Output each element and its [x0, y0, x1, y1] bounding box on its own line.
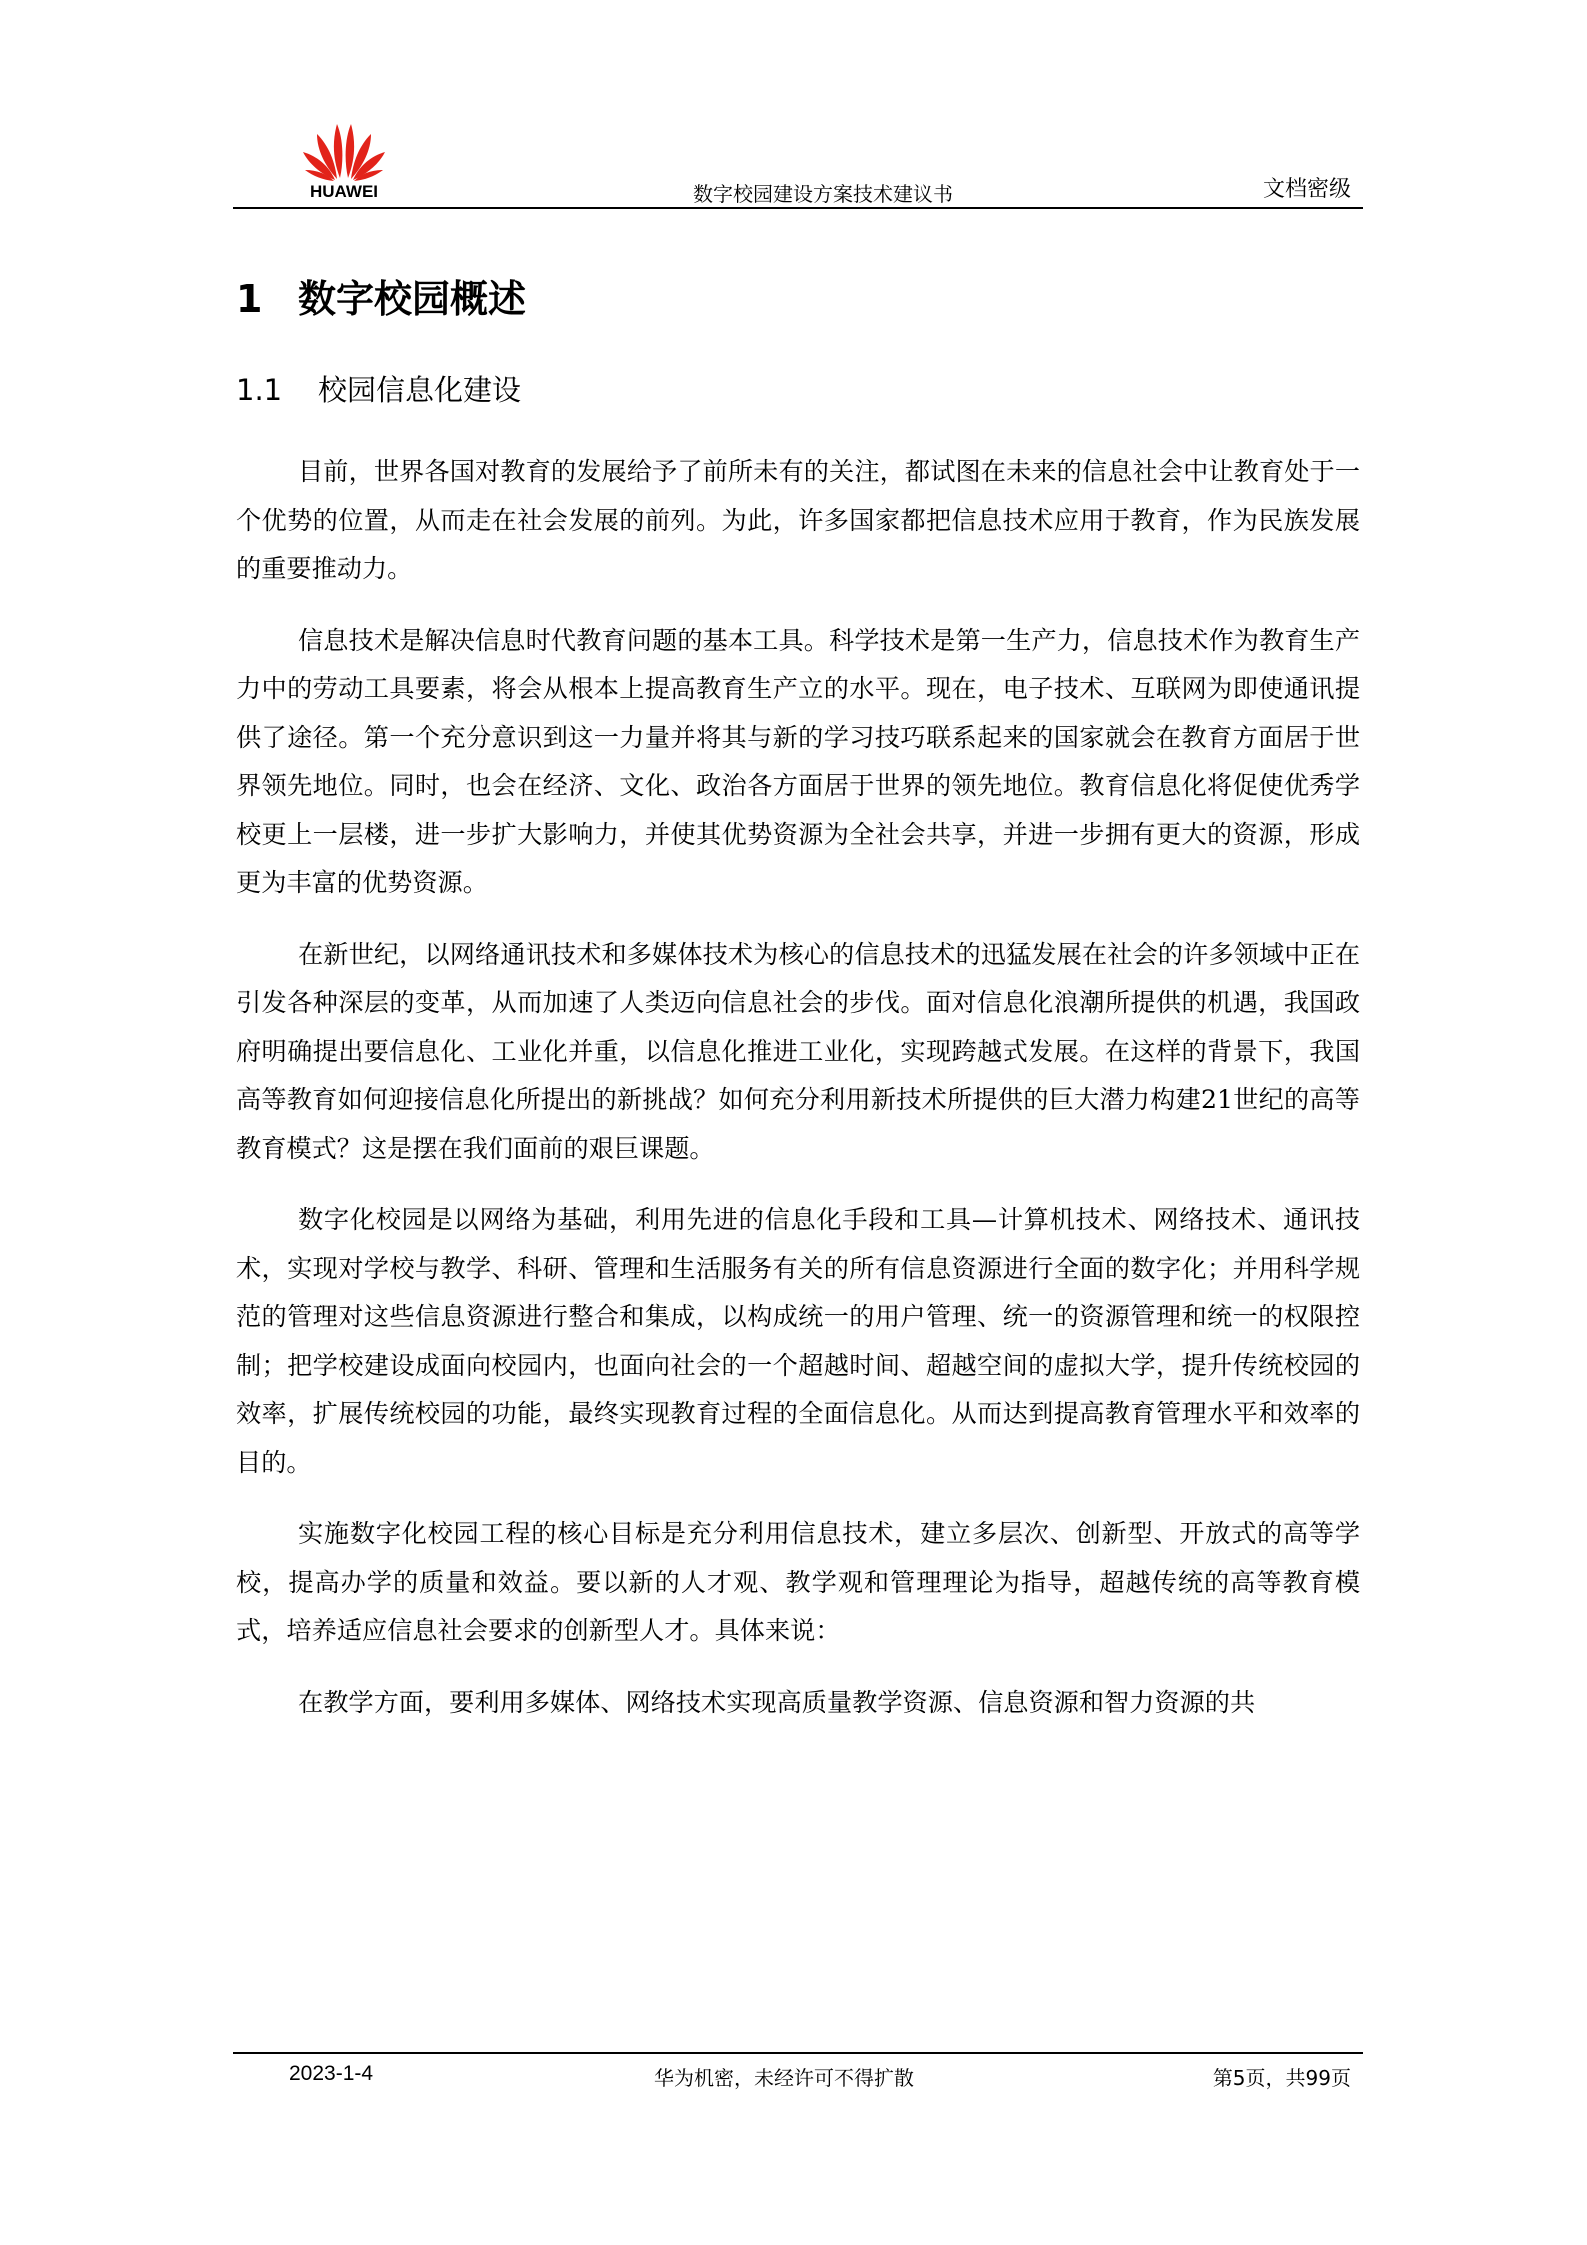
page-header: HUAWEI 数字校园建设方案技术建议书 文档密级	[233, 120, 1363, 210]
body-text: 目前，世界各国对教育的发展给予了前所未有的关注，都试图在未来的信息社会中让教育处…	[236, 448, 1360, 1750]
section-number: 1.1	[236, 373, 318, 407]
paragraph: 实施数字化校园工程的核心目标是充分利用信息技术，建立多层次、创新型、开放式的高等…	[236, 1510, 1360, 1656]
page-footer: 2023-1-4 华为机密，未经许可不得扩散 第5页，共99页	[233, 2062, 1363, 2092]
paragraph: 数字化校园是以网络为基础，利用先进的信息化手段和工具—计算机技术、网络技术、通讯…	[236, 1196, 1360, 1487]
chapter-heading: 1数字校园概述	[236, 268, 526, 323]
paragraph: 在教学方面，要利用多媒体、网络技术实现高质量教学资源、信息资源和智力资源的共	[236, 1679, 1360, 1728]
paragraph: 在新世纪，以网络通讯技术和多媒体技术为核心的信息技术的迅猛发展在社会的许多领域中…	[236, 931, 1360, 1174]
document-title: 数字校园建设方案技术建议书	[693, 178, 953, 207]
section-title: 校园信息化建设	[318, 373, 521, 407]
chapter-title: 数字校园概述	[298, 277, 526, 321]
huawei-petals-icon	[299, 120, 389, 182]
paragraph: 目前，世界各国对教育的发展给予了前所未有的关注，都试图在未来的信息社会中让教育处…	[236, 448, 1360, 594]
footer-date: 2023-1-4	[289, 2062, 373, 2086]
section-heading: 1.1校园信息化建设	[236, 368, 521, 409]
logo-wordmark: HUAWEI	[299, 182, 389, 202]
document-page: HUAWEI 数字校园建设方案技术建议书 文档密级 1数字校园概述 1.1校园信…	[0, 0, 1587, 2245]
page-number: 第5页，共99页	[1213, 2062, 1351, 2091]
confidentiality-notice: 华为机密，未经许可不得扩散	[654, 2062, 914, 2091]
header-divider	[233, 207, 1363, 209]
document-classification: 文档密级	[1263, 172, 1351, 203]
paragraph: 信息技术是解决信息时代教育问题的基本工具。科学技术是第一生产力，信息技术作为教育…	[236, 617, 1360, 908]
chapter-number: 1	[236, 277, 298, 321]
huawei-logo: HUAWEI	[299, 120, 389, 208]
footer-divider	[233, 2052, 1363, 2054]
